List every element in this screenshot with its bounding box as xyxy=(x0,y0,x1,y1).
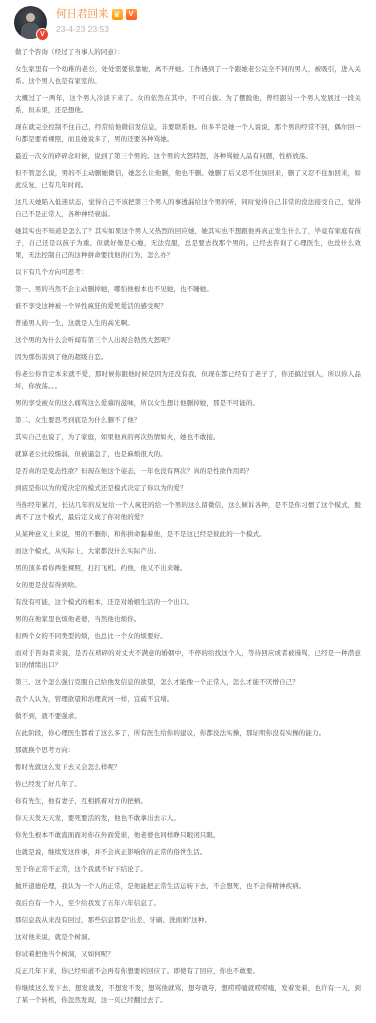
post-paragraph: 我个人认为，管理欲望和治理黄河一样，宜疏不宜堵。 xyxy=(15,694,361,706)
post-paragraph: 以下有几个方向可思考： xyxy=(15,267,361,279)
post-paragraph: 男的享受被女的这么痛骂这么爱慕的滋味，所以女生想让他删掉她，那是不可能的。 xyxy=(15,398,361,410)
username[interactable]: 何日君回来 xyxy=(56,8,109,21)
post-paragraph: 女生家里有一个幼稚的老公，处处需要依靠她，离不开她。工作遇到了一个跟她老公完全不… xyxy=(15,64,361,88)
post-paragraph: 这个男的为什么会听闻有第三个人出现会勃然大怒呢？ xyxy=(15,335,361,347)
post-paragraph: 至于你正常不正常，这个我就不好下结论了。 xyxy=(15,864,361,876)
post-paragraph: 在此阶段，你心理医生都看了这么多了，所有医生给你的建议，你都没法实操，那证明你没… xyxy=(15,728,361,740)
post-paragraph: 这几天她陷入低迷状态，觉得自己不该把第三个男人的事透漏给这个男的听，同时觉得自己… xyxy=(15,197,361,221)
post-paragraph: 做不到，就不要强求。 xyxy=(15,711,361,723)
post-paragraph: 那就换个思考方向： xyxy=(15,745,361,757)
post-paragraph: 第一、男的当然不会主动删掉她，哪怕他根本也不见她，也不睡她。 xyxy=(15,284,361,296)
post-paragraph: 第三、这个怎么强行克服自己给他发信息的欲望，怎么才能像一个正常人，怎么才能不厌憎… xyxy=(15,677,361,689)
post-paragraph: 她其实也不知道是怎么了？其实如果这个男人又热烈的回应她，她其实也不想跟他再真正发… xyxy=(15,226,361,262)
post-paragraph: 那信息我从来没有回过，那些信息都是“出差、牙刷、洗面奶”这种。 xyxy=(15,915,361,927)
post-paragraph: 你试着把他当个树洞，又如何呢？ xyxy=(15,949,361,961)
post-paragraph: 男的在他家里也烦他老婆，当然他也烦你。 xyxy=(15,614,361,626)
post-paragraph: 但两个女的不同类型的烦，也总比一个女的烦要好。 xyxy=(15,631,361,643)
post-header: V 何日君回来 ♛ V 23-4-23 23:53 xyxy=(0,0,376,39)
post-paragraph: 你老公你肯定本来就不爱，那时候你跟他时候是因为还没有我，但现在都已经有了老子了，… xyxy=(15,369,361,393)
post-paragraph: 这对他来说，就是个树洞。 xyxy=(15,932,361,944)
vip-level-icon: V xyxy=(126,9,137,20)
name-row: 何日君回来 ♛ V xyxy=(56,8,137,21)
vip-crown-icon: ♛ xyxy=(112,9,123,20)
post-paragraph: 因为那伤害到了他的超级自恋。 xyxy=(15,352,361,364)
post-paragraph: 有没有可能，这个模式的根本，还是对婚姻生活的一个出口。 xyxy=(15,597,361,609)
post-content: 做了个咨询（经过了当事人的同意）：女生家里有一个幼稚的老公，处处需要依靠她，离不… xyxy=(0,39,376,1007)
post-paragraph: 谁不享受这种被一个异性疯狂的爱死爱活的感受呢？ xyxy=(15,301,361,313)
post-paragraph: 也就是说，继续发这件事，并不会真正影响你的正常的俗世生活。 xyxy=(15,847,361,859)
verified-badge-icon: V xyxy=(36,28,49,41)
post-paragraph: 女的更是没有得到啥。 xyxy=(15,580,361,592)
post-paragraph: 反正几年下来，你已经知道不会再有你想要的回应了。即使有了回应，你也不敢要。 xyxy=(15,966,361,978)
post-paragraph: 你继续这么发下去，想发就发，不想发不发，想骂他就骂，想夸就夸，想唠唠嗑就唠唠嗑，… xyxy=(15,983,361,1007)
post-timestamp: 23-4-23 23:53 xyxy=(56,24,137,34)
post-paragraph: 从某种意义上来说，男的不删你，和你拼命黏着他，是不是这已经是彼此的一个模式。 xyxy=(15,529,361,541)
post-paragraph: 第二、女生要思考到底是为什么删不了他？ xyxy=(15,415,361,427)
post-paragraph: 我后台有一个人，至少给我发了五年六年信息了。 xyxy=(15,898,361,910)
post-paragraph: 到底是你以为的爱决定的模式还是模式决定了你以为的爱？ xyxy=(15,483,361,495)
post-paragraph: 当你经年累月，长达几年的反复给一个人疯狂的给一个男的这么留微信，这么倾诉各种，是… xyxy=(15,500,361,524)
post-paragraph: 是否真的是变态性欲？但现在他这个姿态，一年也没有两次？真的是性欲作用吗？ xyxy=(15,466,361,478)
post-paragraph: 男的顶多看你两张裸照，打打飞机。约他，他又不出来睡。 xyxy=(15,563,361,575)
post-paragraph: 暂时先就这么发下去又会怎么样呢？ xyxy=(15,762,361,774)
post-paragraph: 普通男人的一生，这就是人生的高光啊。 xyxy=(15,318,361,330)
avatar[interactable]: V xyxy=(14,6,47,39)
post-paragraph: 就算老公比较懦弱，但被逼急了，也是麻烦很大的。 xyxy=(15,449,361,461)
post-paragraph: 做了个咨询（经过了当事人的同意）： xyxy=(15,47,361,59)
post-paragraph: 现在就完全控制不住自己，经常给他微信发信息，非要联系他。但多半是她一个人说说，那… xyxy=(15,122,361,146)
post-paragraph: 你已经发了好几年了。 xyxy=(15,779,361,791)
post-paragraph: 大概过了一两年，这个男人冷淡下来了。女的依然在其中，不可自拔。为了摆脱他，曾经跟… xyxy=(15,93,361,117)
post-paragraph: 而这个模式，从实际上，大家都没什么实际产出。 xyxy=(15,546,361,558)
header-meta: 何日君回来 ♛ V 23-4-23 23:53 xyxy=(56,6,137,34)
post-paragraph: 你先生根本不敢直面面对你在外面爱谁，他老婆也同样睁只眼闭只眼。 xyxy=(15,830,361,842)
post-paragraph: 而对于咨询者来说，是否在琐碎的对丈夫不满意的婚姻中，不停的给找这个人，等待回应或… xyxy=(15,648,361,672)
weibo-post-page: V 何日君回来 ♛ V 23-4-23 23:53 做了个咨询（经过了当事人的同… xyxy=(0,0,376,1023)
post-paragraph: 抛开道德伦理，我认为一个人的正常，是他能把正常生活运转下去，不会想死，也不会得精… xyxy=(15,881,361,893)
post-paragraph: 其实自己也说了，为了家庭，如果他真的再次热情如火，她也不敢接。 xyxy=(15,432,361,444)
post-paragraph: 但不管怎么说，男的不主动删她微信，她怎么让他删，他也不删。她删了后又忍不住加回来… xyxy=(15,168,361,192)
post-paragraph: 你有先生，他有妻子，互相抓着对方的把柄。 xyxy=(15,796,361,808)
post-paragraph: 你天天发天天发，要死要活的发，他也不敢拿出去示人。 xyxy=(15,813,361,825)
post-paragraph: 最近一次女的碎碎念时候，说到了第三个男的。这个男的大怒特怒，各种骂她人品有问题，… xyxy=(15,151,361,163)
